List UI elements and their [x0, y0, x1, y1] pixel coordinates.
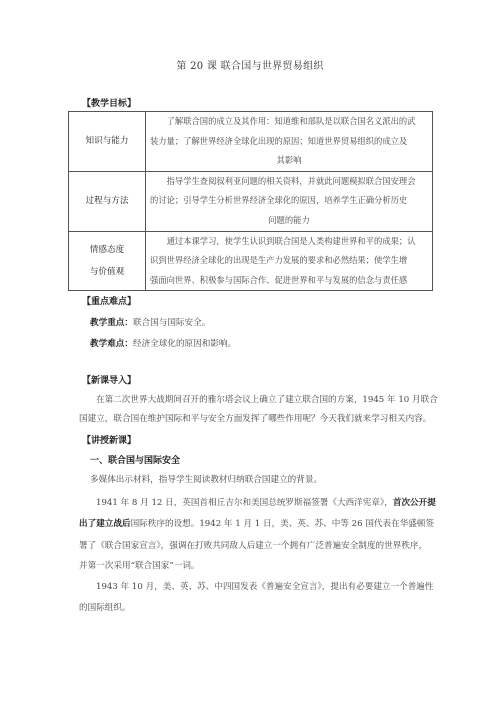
p2-bold-text: 首次公开提: [393, 498, 436, 508]
row-label-text: 知识与能力: [69, 130, 145, 152]
content-line: 其影响: [150, 151, 428, 171]
content-line: 装力量；了解世界经济全球化出现的原因；知道世界贸易组织的成立及: [150, 132, 428, 152]
content-line: 指导学生查阅叙利亚问题的相关资料，并就此问题模拟联合国安理会: [150, 172, 428, 192]
row-content: 指导学生查阅叙利亚问题的相关资料，并就此问题模拟联合国安理会 的讨论；引导学生分…: [146, 171, 433, 231]
difficulty-text: 经济全球化的原因和影响。: [133, 339, 236, 349]
p2-text: 1941 年 8 月 12 日，英国首相丘吉尔和美国总统罗斯福签署《大西洋宪章》…: [96, 498, 393, 508]
p2-text: 国际秩序的设想。1942 年 1 月 1 日，美、英、苏、中等 26 国代表在华…: [131, 519, 435, 529]
row-label-text: 过程与方法: [69, 190, 145, 212]
objectives-table: 知识与能力 了解联合国的成立及其作用：知道维和部队是以联合国名义派出的武 装力量…: [68, 111, 433, 291]
teaching-difficulty: 教学难点：经济全球化的原因和影响。: [90, 337, 236, 349]
page-title: 第 20 课 联合国与世界贸易组织: [0, 57, 500, 72]
row-content: 了解联合国的成立及其作用：知道维和部队是以联合国名义派出的武 装力量；了解世界经…: [146, 112, 433, 172]
content-line: 强面向世界、积极参与国际合作、促进世界和平与发展的信念与责任感: [150, 271, 428, 291]
lecture-p3-line-1: 1943 年 10 月，美、英、苏、中四国发表《普遍安全宣言》，提出有必要建立一…: [96, 580, 433, 592]
lecture-p2-line-2: 出了建立战后国际秩序的设想。1942 年 1 月 1 日，美、英、苏、中等 26…: [79, 517, 434, 529]
intro-line-1: 在第二次世界大战期间召开的雅尔塔会议上确立了建立联合国的方案，1945 年 10…: [96, 393, 438, 405]
lecture-p2-line-4: 并第一次采用“联合国家”一词。: [79, 559, 200, 571]
content-line: 了解联合国的成立及其作用：知道维和部队是以联合国名义派出的武: [150, 112, 428, 132]
content-line: 的讨论；引导学生分析世界经济全球化的原因，培养学生正确分析历史: [150, 191, 428, 211]
lecture-paragraph-1: 多媒体出示材料，指导学生阅读教材归纳联合国建立的背景。: [90, 473, 322, 485]
table-row: 情感态度 与价值观 通过本课学习，使学生认识到联合国是人类构建世界和平的成果；认…: [69, 231, 433, 291]
lecture-heading-1: 一、联合国与国际安全: [90, 453, 180, 466]
row-label: 情感态度 与价值观: [69, 231, 146, 291]
content-line: 通过本课学习，使学生认识到联合国是人类构建世界和平的成果；认: [150, 232, 428, 252]
row-label-text: 情感态度: [69, 239, 145, 261]
intro-line-2: 国建立，联合国在维护国际和平与安全方面发挥了哪些作用呢？今天我们就来学习相关内容…: [79, 412, 431, 424]
row-label: 过程与方法: [69, 171, 146, 231]
lecture-p3-line-2: 的国际组织。: [79, 601, 131, 613]
focus-text: 联合国与国际安全。: [133, 318, 210, 328]
content-line: 问题的能力: [150, 211, 428, 231]
row-label-text: 与价值观: [69, 261, 145, 283]
row-label: 知识与能力: [69, 112, 146, 172]
content-line: 识到世界经济全球化的出现是生产力发展的要求和必然结果；使学生增: [150, 251, 428, 271]
row-content: 通过本课学习，使学生认识到联合国是人类构建世界和平的成果；认 识到世界经济全球化…: [146, 231, 433, 291]
lecture-p2-line-3: 署了《联合国家宣言》，强调在打败共同敌人后建立一个拥有广泛普遍安全制度的世界秩序…: [79, 539, 427, 551]
section-heading-intro: 【新课导入】: [82, 373, 136, 386]
section-heading-key-points: 【重点难点】: [82, 294, 136, 307]
focus-label: 教学重点：: [90, 318, 133, 328]
lecture-p2-line-1: 1941 年 8 月 12 日，英国首相丘吉尔和美国总统罗斯福签署《大西洋宪章》…: [96, 496, 436, 508]
section-heading-objectives: 【教学目标】: [82, 96, 136, 109]
table-row: 过程与方法 指导学生查阅叙利亚问题的相关资料，并就此问题模拟联合国安理会 的讨论…: [69, 171, 433, 231]
teaching-focus: 教学重点：联合国与国际安全。: [90, 316, 210, 328]
p2-bold-text: 出了建立战后: [79, 519, 131, 529]
table-row: 知识与能力 了解联合国的成立及其作用：知道维和部队是以联合国名义派出的武 装力量…: [69, 112, 433, 172]
difficulty-label: 教学难点：: [90, 339, 133, 349]
section-heading-lecture: 【讲授新课】: [82, 433, 136, 446]
